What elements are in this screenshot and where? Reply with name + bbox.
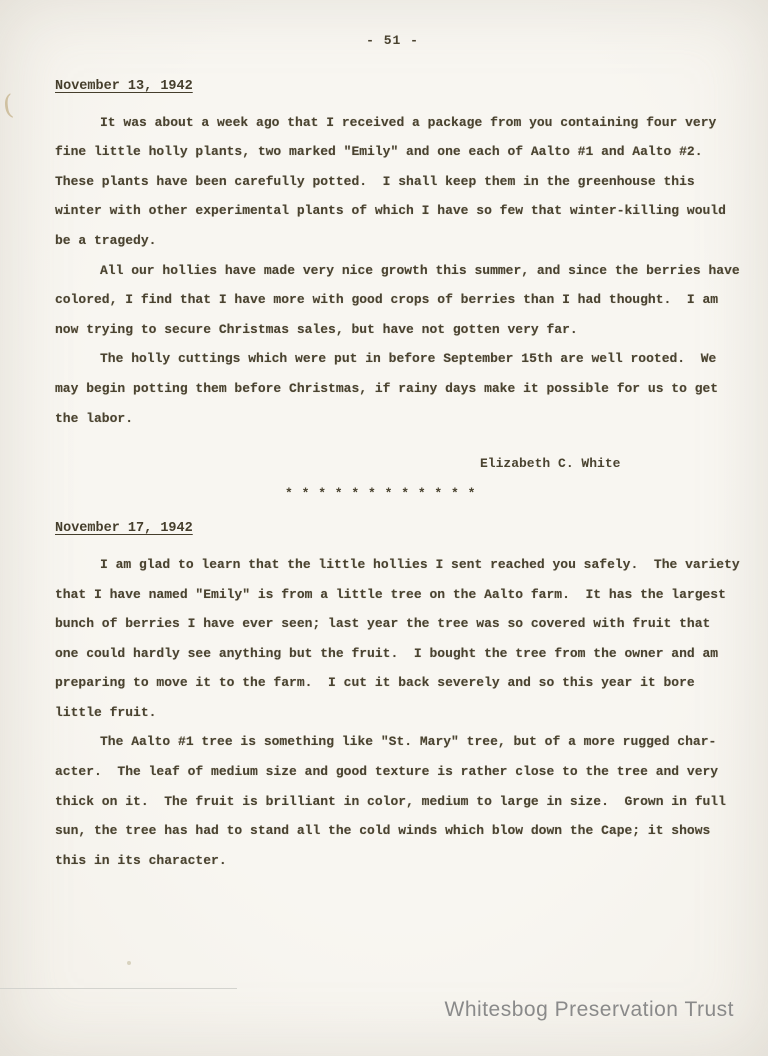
signature-elizabeth-c-white: Elizabeth C. White [480,449,730,479]
text-line: bunch of berries I have ever seen; last … [55,609,730,639]
text-line: the labor. [55,404,730,434]
text-line: that I have named "Emily" is from a litt… [55,580,730,610]
text-line: fine little holly plants, two marked "Em… [55,137,730,167]
watermark-whitesbog-preservation-trust: Whitesbog Preservation Trust [445,998,734,1022]
text-line: be a tragedy. [55,226,730,256]
text-line: It was about a week ago that I received … [55,108,730,138]
paragraph: It was about a week ago that I received … [55,108,730,256]
text-line: All our hollies have made very nice grow… [55,256,730,286]
text-line: sun, the tree has had to stand all the c… [55,816,730,846]
asterisk-separator: * * * * * * * * * * * * [285,479,730,509]
text-line: thick on it. The fruit is brilliant in c… [55,787,730,817]
text-line: acter. The leaf of medium size and good … [55,757,730,787]
text-line: preparing to move it to the farm. I cut … [55,668,730,698]
text-line: little fruit. [55,698,730,728]
text-line: winter with other experimental plants of… [55,196,730,226]
text-line: The Aalto #1 tree is something like "St.… [55,727,730,757]
paragraph: All our hollies have made very nice grow… [55,256,730,345]
section-heading-nov-13: November 13, 1942 [55,72,730,102]
text-line: this in its character. [55,846,730,876]
page-number: - 51 - [55,30,730,52]
text-line: now trying to secure Christmas sales, bu… [55,315,730,345]
paragraph: The holly cuttings which were put in bef… [55,344,730,433]
section-heading-nov-17: November 17, 1942 [55,514,730,544]
paragraph: The Aalto #1 tree is something like "St.… [55,727,730,875]
paragraph: I am glad to learn that the little holli… [55,550,730,728]
text-line: The holly cuttings which were put in bef… [55,344,730,374]
letter-page: - 51 - November 13, 1942 It was about a … [0,0,768,1056]
text-line: colored, I find that I have more with go… [55,285,730,315]
text-line: I am glad to learn that the little holli… [55,550,730,580]
text-line: These plants have been carefully potted.… [55,167,730,197]
text-line: may begin potting them before Christmas,… [55,374,730,404]
text-line: one could hardly see anything but the fr… [55,639,730,669]
